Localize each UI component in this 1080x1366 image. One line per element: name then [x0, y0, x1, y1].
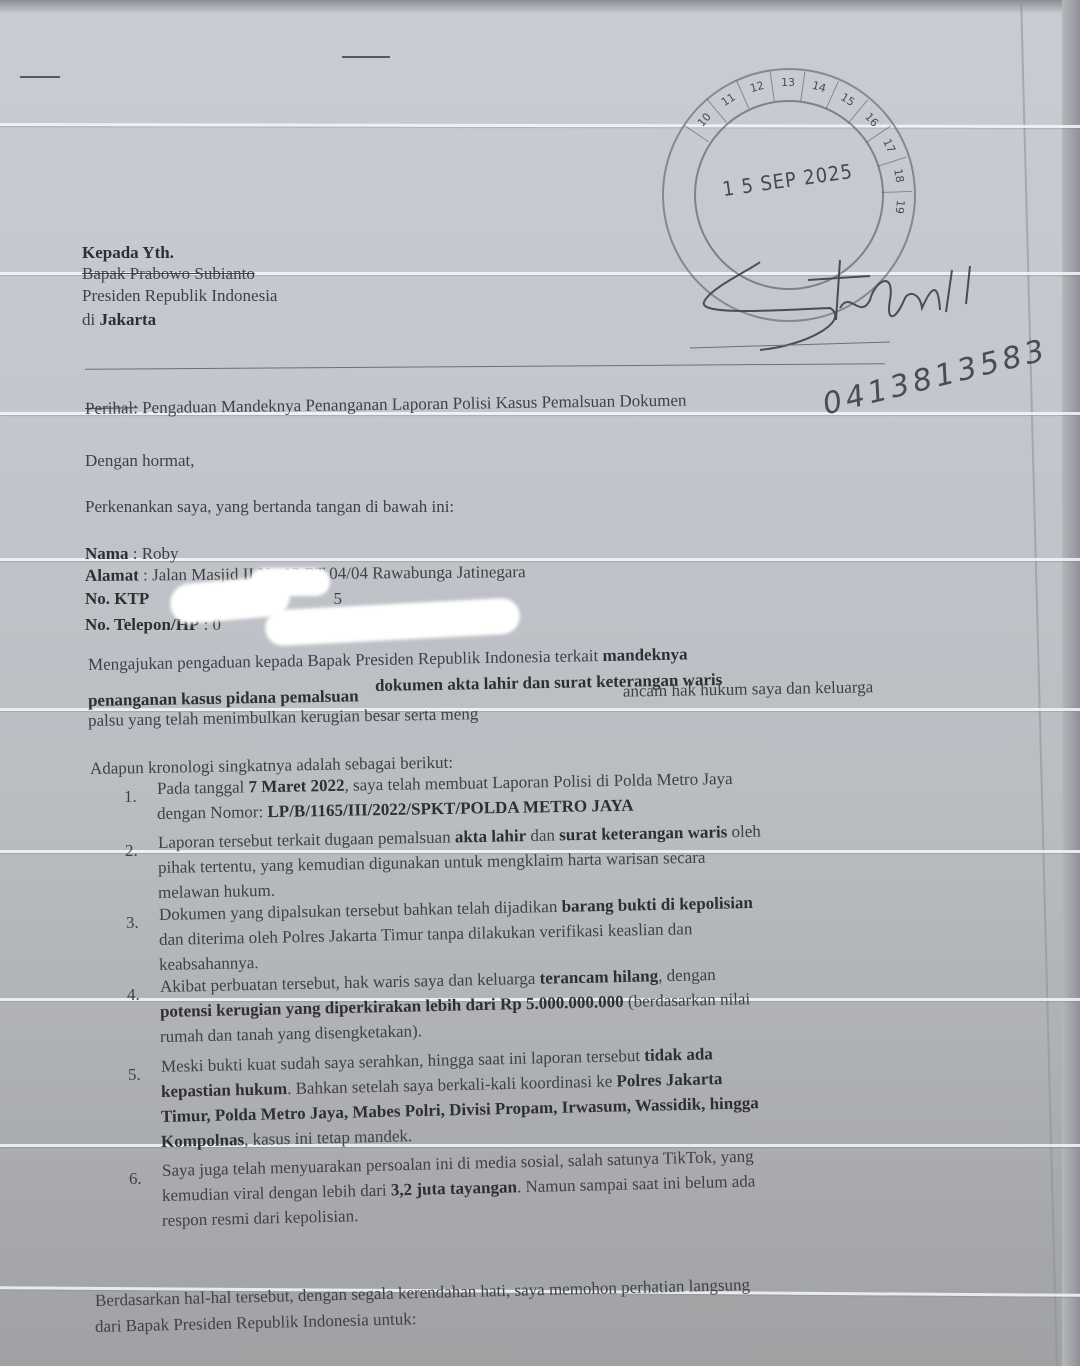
list-item-number: 5. — [128, 1064, 141, 1086]
body-text: kemudian viral dengan lebih dari — [162, 1180, 391, 1205]
identity-name: Nama : Roby — [85, 543, 179, 565]
emphasis-text: kepastian hukum — [161, 1079, 288, 1101]
body-text: melawan hukum. — [158, 881, 275, 902]
stamp-tick — [770, 71, 775, 101]
p1-bold: mandeknya — [602, 645, 687, 665]
emphasis-text: akta lahir — [455, 826, 527, 846]
body-text: oleh — [727, 822, 761, 842]
subject-line: Perihal: Pengaduan Mandeknya Penanganan … — [85, 390, 687, 420]
list-item-line: melawan hukum. — [158, 880, 275, 904]
ktp-value: 5 — [333, 589, 342, 608]
ktp-label: No. KTP — [85, 589, 149, 608]
list-item-number: 2. — [125, 840, 138, 862]
stamp-tick — [877, 157, 906, 167]
handwritten-signature — [690, 250, 1000, 360]
emphasis-text: Kompolnas — [161, 1130, 245, 1151]
paper-crease — [0, 123, 1080, 128]
body-text: , kasus ini tetap mandek. — [244, 1126, 412, 1149]
p1-text: ancam hak hukum saya dan keluarga — [618, 677, 873, 700]
stamp-day-number: 10 — [694, 110, 714, 131]
body-text: keabsahannya. — [159, 953, 259, 974]
closing-line-2: dari Bapak Presiden Republik Indonesia u… — [95, 1308, 417, 1338]
body-text: dan — [526, 825, 559, 845]
address-label: Alamat — [85, 566, 139, 585]
recipient-city: Jakarta — [99, 310, 156, 329]
subject-label: Perihal: — [85, 398, 138, 418]
top-page-edge — [0, 0, 1080, 14]
header-divider — [85, 363, 885, 370]
list-item-line: rumah dan tanah yang disengketakan). — [160, 1020, 422, 1048]
body-text: dengan Nomor: — [157, 802, 268, 823]
list-item-line: respon resmi dari kepolisian. — [162, 1205, 359, 1232]
stamp-day-number: 17 — [880, 136, 899, 156]
list-item-line: dengan Nomor: LP/B/1165/III/2022/SPKT/PO… — [157, 795, 634, 825]
intro-sentence: Perkenankan saya, yang bertanda tangan d… — [85, 496, 454, 518]
stamp-day-number: 14 — [810, 79, 829, 96]
stamp-day-number: 15 — [837, 90, 857, 110]
emphasis-text: terancam hilang — [539, 966, 658, 988]
emphasis-text: surat keterangan waris — [559, 822, 727, 844]
name-label: Nama — [85, 544, 128, 563]
stamp-day-number: 13 — [780, 76, 796, 89]
recipient-line-2: Bapak Prabowo Subianto — [82, 263, 255, 285]
pen-mark — [342, 56, 390, 58]
pen-mark — [20, 76, 60, 78]
emphasis-text: 3,2 juta tayangan — [391, 1177, 518, 1199]
list-item-number: 4. — [127, 984, 140, 1006]
recipient-prefix: di — [82, 310, 95, 329]
p1-text: Mengajukan pengaduan kepada Bapak Presid… — [88, 646, 603, 674]
recipient-line-4: di Jakarta — [82, 309, 156, 331]
body-text: rumah dan tanah yang disengketakan). — [160, 1021, 422, 1046]
stamp-day-number: 11 — [718, 90, 738, 110]
redaction-mark — [250, 568, 330, 596]
list-item-number: 3. — [126, 912, 139, 934]
stamp-day-number: 12 — [748, 79, 767, 96]
stamp-day-number: 19 — [893, 198, 908, 215]
closing-line-1: Berdasarkan hal-hal tersebut, dengan seg… — [95, 1274, 751, 1312]
body-text: (berdasarkan nilai — [623, 989, 750, 1011]
stamp-tick — [800, 71, 805, 101]
body-text: respon resmi dari kepolisian. — [162, 1206, 359, 1230]
emphasis-text: LP/B/1165/III/2022/SPKT/POLDA METRO JAYA — [267, 796, 633, 821]
emphasis-text: Polres Jakarta — [616, 1069, 722, 1090]
page-edge-line — [1020, 0, 1058, 1366]
stamp-tick — [882, 191, 912, 193]
recipient-line-3: Presiden Republik Indonesia — [82, 285, 277, 307]
name-value: Roby — [142, 544, 179, 563]
stamp-number-ring: 10111213141516171819 — [648, 54, 896, 89]
body-text: Pada tanggal — [157, 777, 249, 798]
list-item-line: keabsahannya. — [159, 952, 259, 976]
body-text: . Bahkan setelah saya berkali-kali koord… — [287, 1072, 617, 1099]
page-edge-shadow — [1062, 0, 1080, 1366]
list-item-number: 1. — [124, 786, 137, 808]
stamp-day-number: 18 — [891, 167, 907, 185]
emphasis-text: tidak ada — [644, 1044, 713, 1065]
emphasis-text: barang bukti di kepolisian — [561, 893, 753, 916]
body-text: , saya telah membuat Laporan Polisi di P… — [344, 769, 732, 795]
body-text: . Namun sampai saat ini belum ada — [517, 1172, 756, 1197]
greeting: Dengan hormat, — [85, 450, 195, 472]
emphasis-text: 7 Maret 2022 — [248, 776, 344, 797]
stamp-day-number: 16 — [861, 110, 881, 131]
body-text: , dengan — [658, 965, 716, 985]
body-text: Laporan tersebut terkait dugaan pemalsua… — [158, 827, 455, 852]
list-item-number: 6. — [129, 1168, 142, 1190]
recipient-line-1: Kepada Yth. — [82, 242, 174, 264]
list-item-line: Kompolnas, kasus ini tetap mandek. — [161, 1125, 413, 1153]
document-photo: Kepada Yth. Bapak Prabowo Subianto Presi… — [0, 0, 1080, 1366]
